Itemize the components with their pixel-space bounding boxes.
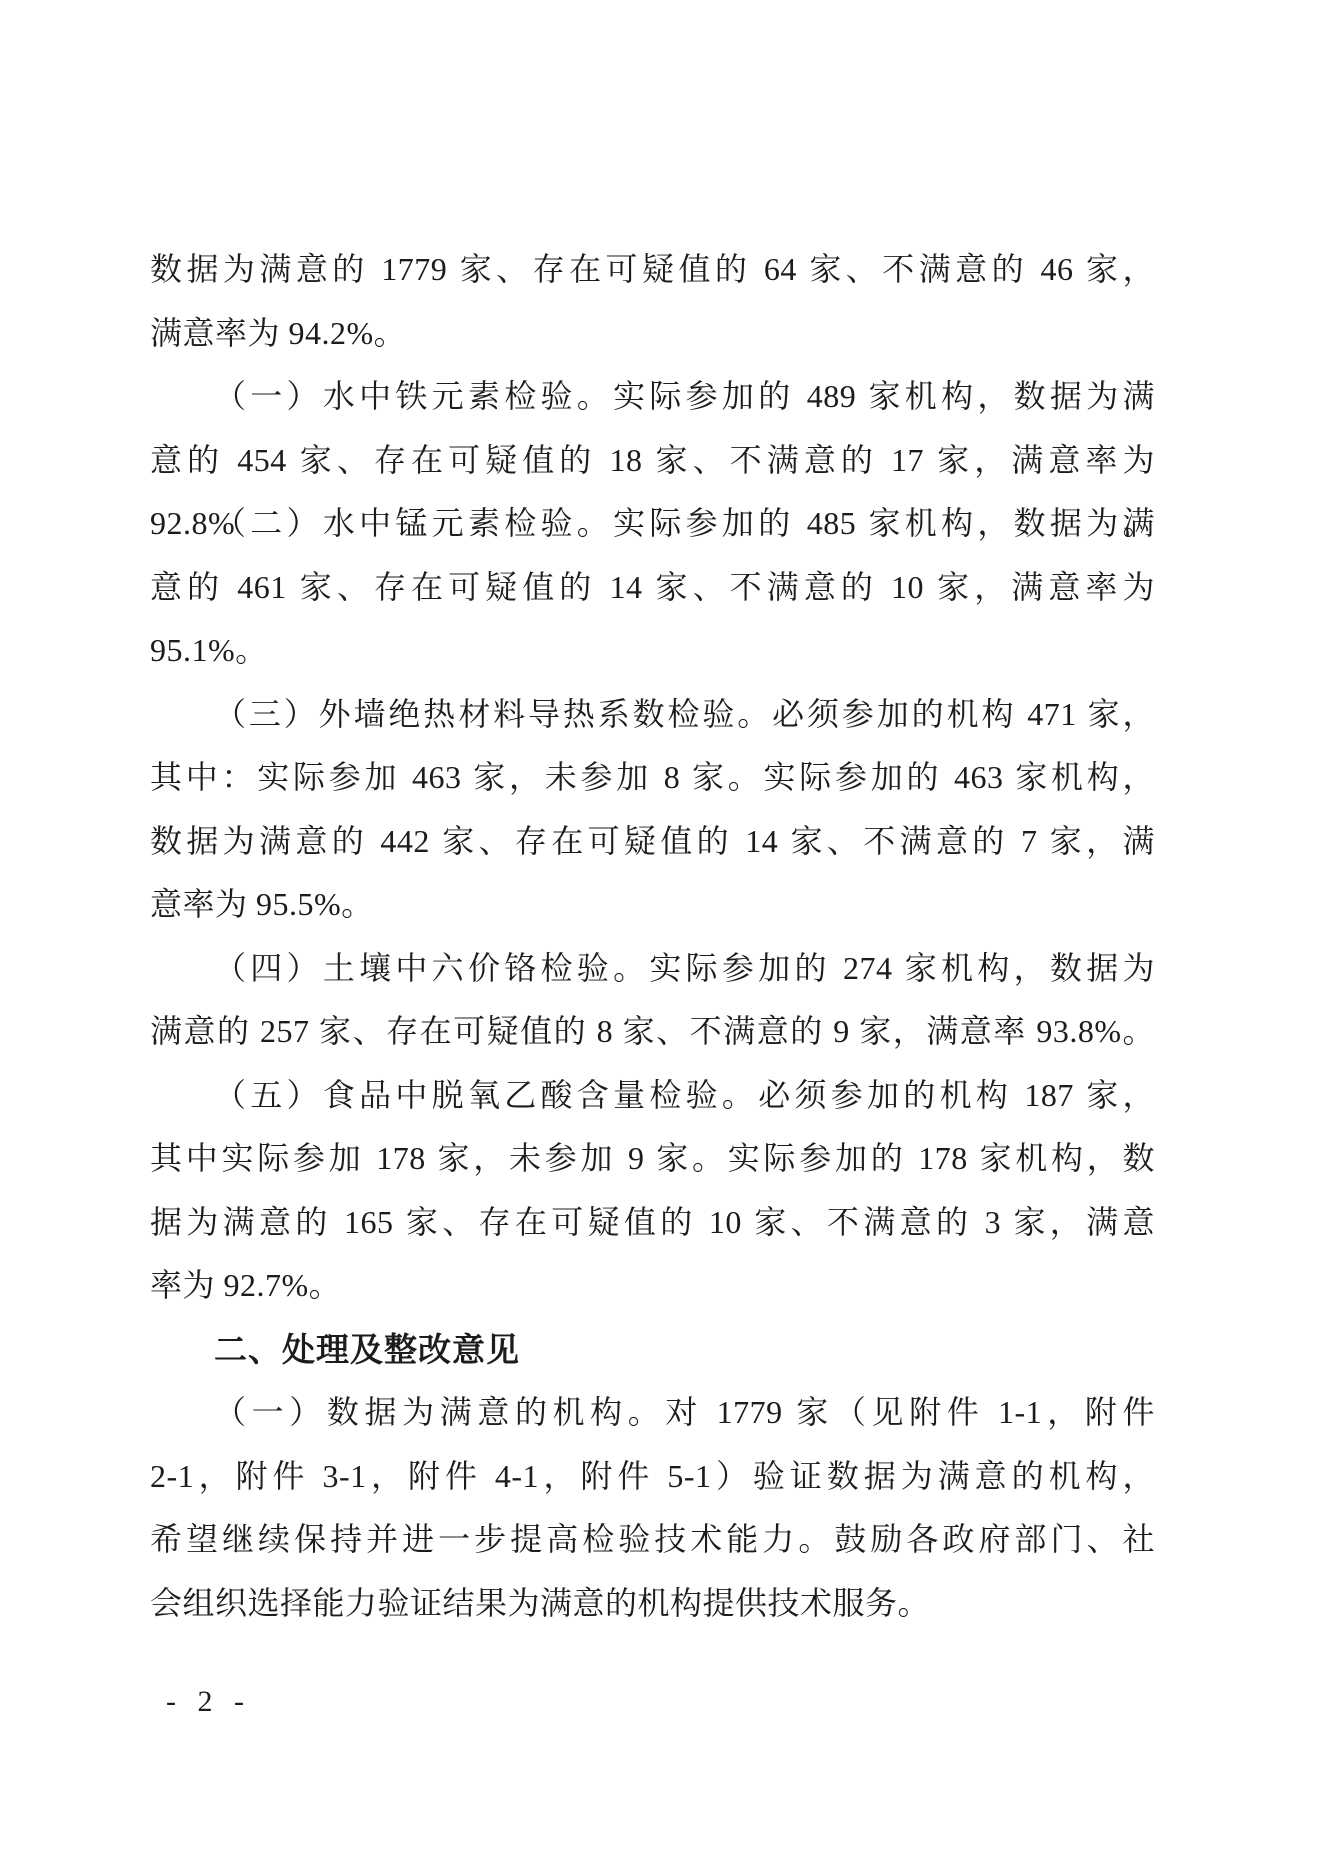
text-line: 95.1%。	[150, 619, 1155, 683]
section-heading: 二、处理及整改意见	[150, 1318, 1155, 1382]
text-line: （一）数据为满意的机构。对 1779 家（见附件 1-1，附件	[150, 1381, 1155, 1445]
text-line: 其中：实际参加 463 家，未参加 8 家。实际参加的 463 家机构，	[150, 746, 1155, 810]
text-line: （五）食品中脱氧乙酸含量检验。必须参加的机构 187 家，	[150, 1064, 1155, 1128]
text-line: 意的 454 家、存在可疑值的 18 家、不满意的 17 家，满意率为 92.8…	[150, 429, 1155, 493]
page-number: - 2 -	[166, 1682, 246, 1722]
text-line: 其中实际参加 178 家，未参加 9 家。实际参加的 178 家机构，数	[150, 1127, 1155, 1191]
text-line: 满意率为 94.2%。	[150, 302, 1155, 366]
text-line: （四）土壤中六价铬检验。实际参加的 274 家机构，数据为	[150, 937, 1155, 1001]
document-body: 数据为满意的 1779 家、存在可疑值的 64 家、不满意的 46 家，满意率为…	[150, 238, 1155, 1635]
text-line: 会组织选择能力验证结果为满意的机构提供技术服务。	[150, 1572, 1155, 1636]
text-line: 希望继续保持并进一步提高检验技术能力。鼓励各政府部门、社	[150, 1508, 1155, 1572]
text-line: 数据为满意的 442 家、存在可疑值的 14 家、不满意的 7 家，满	[150, 810, 1155, 874]
text-line: （三）外墙绝热材料导热系数检验。必须参加的机构 471 家，	[150, 683, 1155, 747]
text-line: 数据为满意的 1779 家、存在可疑值的 64 家、不满意的 46 家，	[150, 238, 1155, 302]
text-line: （一）水中铁元素检验。实际参加的 489 家机构，数据为满	[150, 365, 1155, 429]
text-line: 意率为 95.5%。	[150, 873, 1155, 937]
text-line: 2-1，附件 3-1，附件 4-1，附件 5-1）验证数据为满意的机构，	[150, 1445, 1155, 1509]
text-line: 满意的 257 家、存在可疑值的 8 家、不满意的 9 家，满意率 93.8%。	[150, 1000, 1155, 1064]
document-page: 数据为满意的 1779 家、存在可疑值的 64 家、不满意的 46 家，满意率为…	[0, 0, 1323, 1871]
text-line: 意的 461 家、存在可疑值的 14 家、不满意的 10 家，满意率为	[150, 556, 1155, 620]
text-line: 率为 92.7%。	[150, 1254, 1155, 1318]
text-line: 据为满意的 165 家、存在可疑值的 10 家、不满意的 3 家，满意	[150, 1191, 1155, 1255]
text-line: （二）水中锰元素检验。实际参加的 485 家机构，数据为满	[150, 492, 1155, 556]
